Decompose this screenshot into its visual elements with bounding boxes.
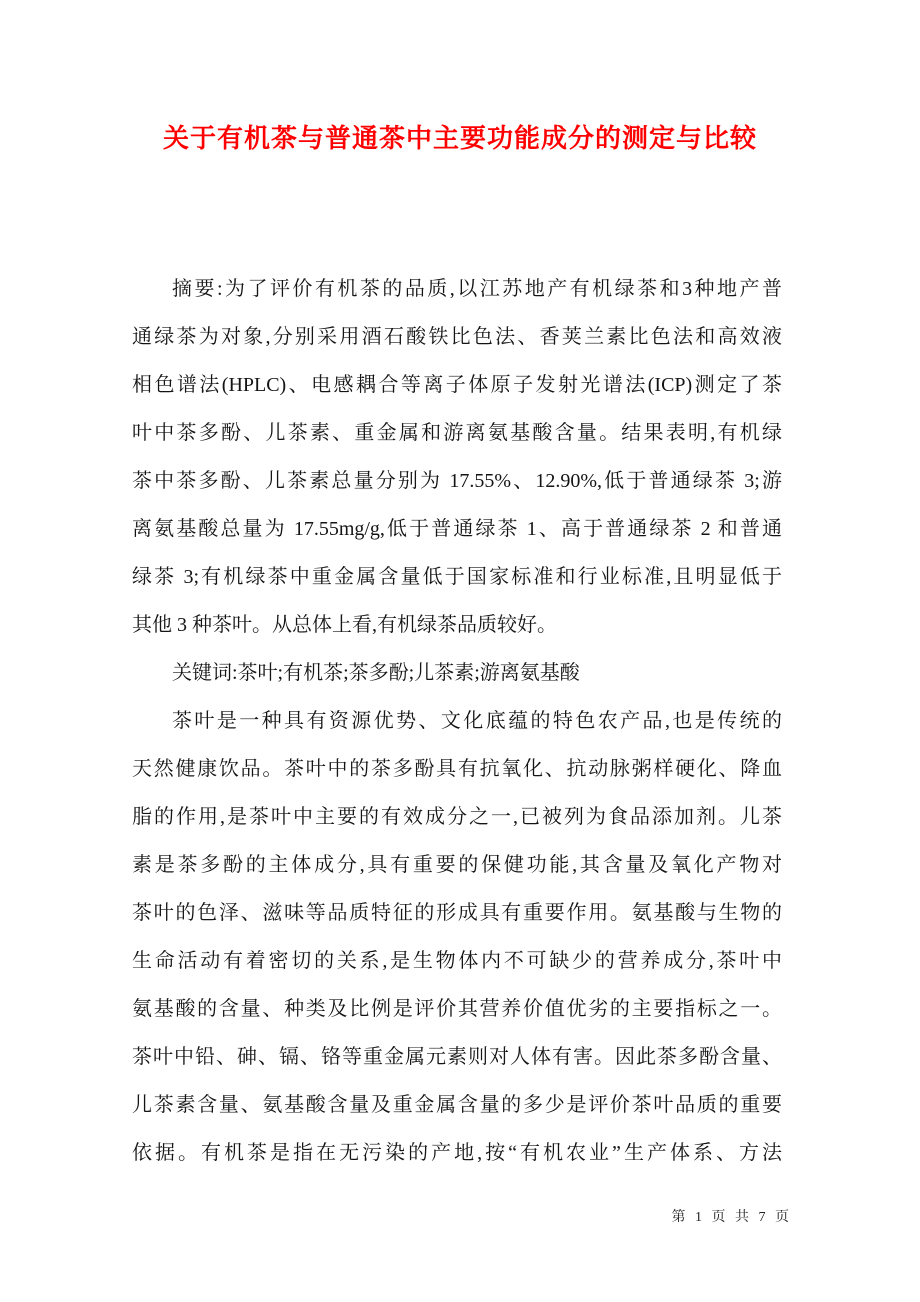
- text-line: 相色谱法(HPLC)、电感耦合等离子体原子发射光谱法(ICP)测定了茶: [132, 361, 782, 409]
- text-line: 其他 3 种茶叶。从总体上看,有机绿茶品质较好。: [132, 601, 782, 649]
- page-footer: 第 1 页 共 7 页: [672, 1206, 793, 1226]
- text-line: 素是茶多酚的主体成分,具有重要的保健功能,其含量及氧化产物对: [132, 841, 782, 889]
- text-line: 天然健康饮品。茶叶中的茶多酚具有抗氧化、抗动脉粥样硬化、降血: [132, 745, 782, 793]
- text-line: 叶中茶多酚、儿茶素、重金属和游离氨基酸含量。结果表明,有机绿: [132, 409, 782, 457]
- text-line: 氨基酸的含量、种类及比例是评价其营养价值优劣的主要指标之一。: [132, 985, 782, 1033]
- text-line: 摘要:为了评价有机茶的品质,以江苏地产有机绿茶和3种地产普: [132, 265, 782, 313]
- text-line: 依据。有机茶是指在无污染的产地,按“有机农业”生产体系、方法: [132, 1129, 782, 1177]
- text-line: 茶中茶多酚、儿茶素总量分别为 17.55%、12.90%,低于普通绿茶 3;游: [132, 457, 782, 505]
- document-title: 关于有机茶与普通茶中主要功能成分的测定与比较: [0, 118, 920, 155]
- document-body: 摘要:为了评价有机茶的品质,以江苏地产有机绿茶和3种地产普通绿茶为对象,分别采用…: [132, 265, 782, 1177]
- text-line: 茶叶是一种具有资源优势、文化底蕴的特色农产品,也是传统的: [132, 697, 782, 745]
- text-line: 关键词:茶叶;有机茶;茶多酚;儿茶素;游离氨基酸: [132, 649, 782, 697]
- text-line: 茶叶中铅、砷、镉、铬等重金属元素则对人体有害。因此茶多酚含量、: [132, 1033, 782, 1081]
- text-line: 通绿茶为对象,分别采用酒石酸铁比色法、香荚兰素比色法和高效液: [132, 313, 782, 361]
- text-line: 茶叶的色泽、滋味等品质特征的形成具有重要作用。氨基酸与生物的: [132, 889, 782, 937]
- text-line: 绿茶 3;有机绿茶中重金属含量低于国家标准和行业标准,且明显低于: [132, 553, 782, 601]
- text-line: 脂的作用,是茶叶中主要的有效成分之一,已被列为食品添加剂。儿茶: [132, 793, 782, 841]
- text-line: 离氨基酸总量为 17.55mg/g,低于普通绿茶 1、高于普通绿茶 2 和普通: [132, 505, 782, 553]
- text-line: 儿茶素含量、氨基酸含量及重金属含量的多少是评价茶叶品质的重要: [132, 1081, 782, 1129]
- text-line: 生命活动有着密切的关系,是生物体内不可缺少的营养成分,茶叶中: [132, 937, 782, 985]
- document-page: 关于有机茶与普通茶中主要功能成分的测定与比较 摘要:为了评价有机茶的品质,以江苏…: [0, 0, 920, 1302]
